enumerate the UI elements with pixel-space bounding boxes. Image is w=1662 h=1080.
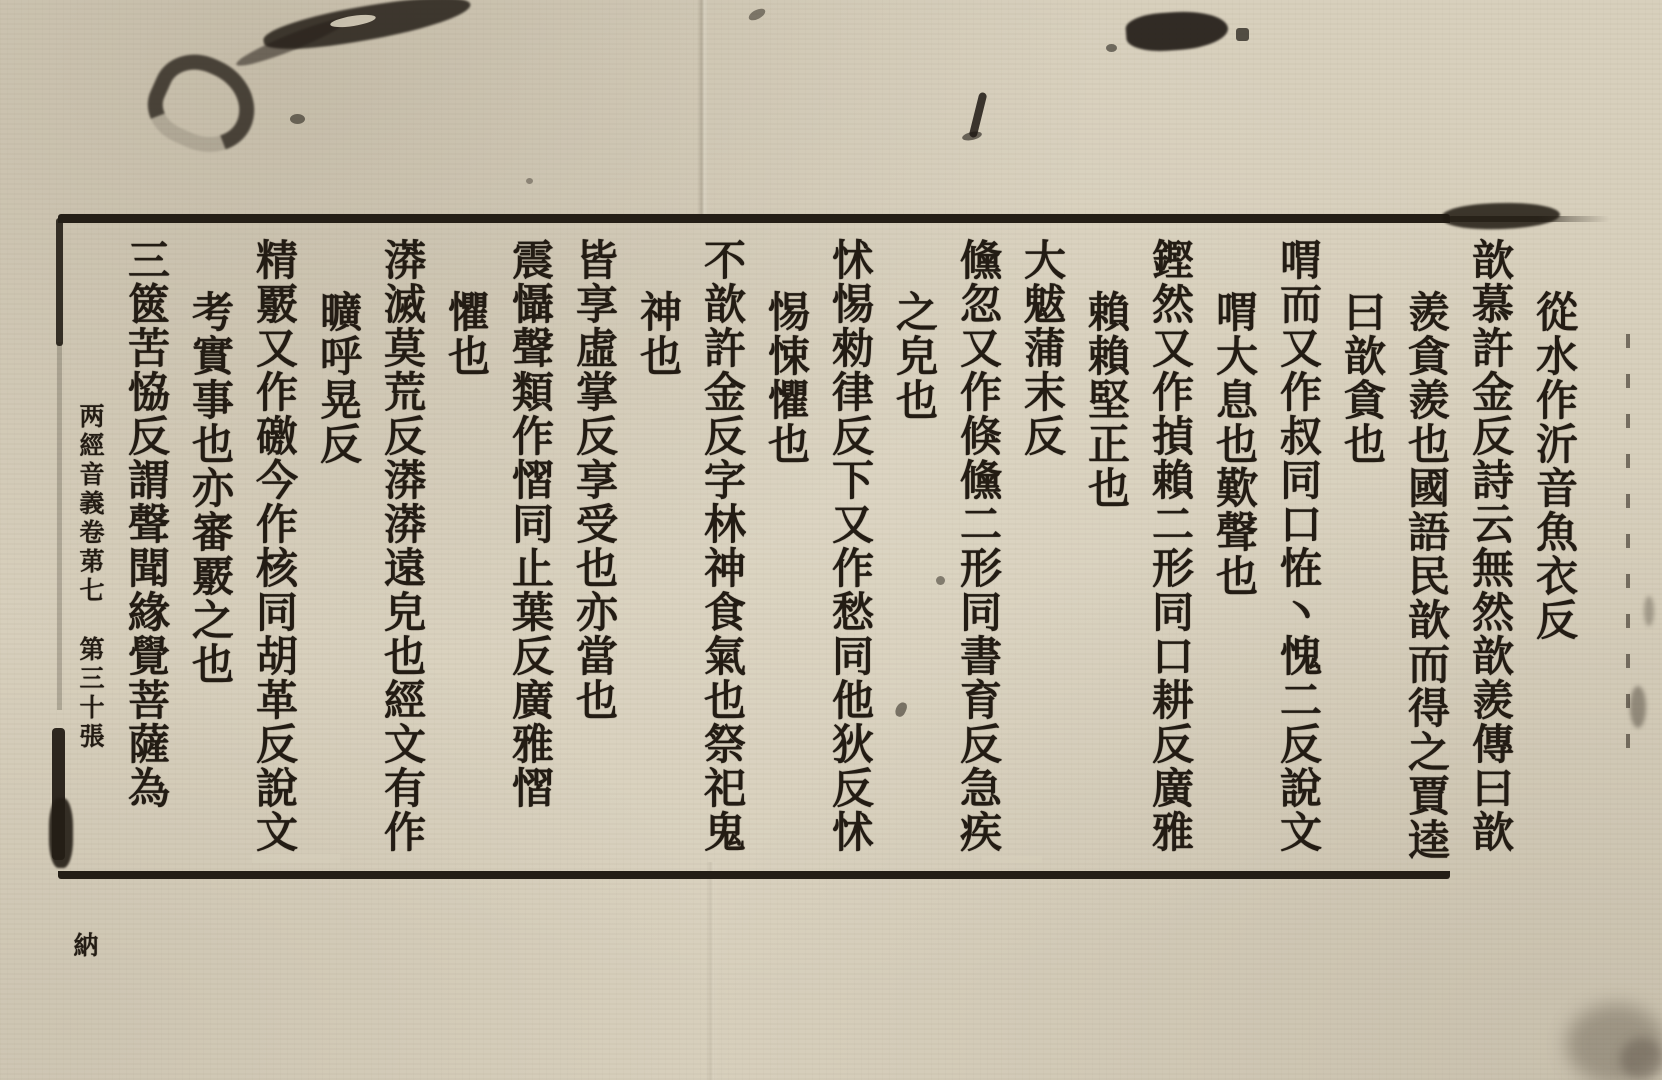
ink-dot	[290, 114, 305, 124]
sheet-number: 第三十張	[76, 636, 103, 752]
glossary-column-18: 懼也	[444, 238, 486, 961]
glossary-column-12: 怵惕勑律反下又作愁同他狄反怵	[828, 238, 870, 961]
ink-blotch-top-right	[1125, 8, 1229, 53]
ink-smudge-ring	[136, 40, 270, 167]
stray-brush-stroke-foot	[961, 130, 982, 142]
glossary-column-7: 鏗然又作揁賴二形同口耕反廣雅	[1148, 238, 1190, 961]
glossary-column-13: 惕悚懼也	[764, 238, 806, 961]
top-rule-extension	[1448, 216, 1610, 222]
stray-brush-stroke	[969, 92, 988, 139]
ink-square-mark	[1236, 28, 1249, 41]
glossary-column-16: 皆享虛掌反享受也亦當也	[572, 238, 614, 961]
glossary-column-10: 儵忽又作倏儵二形同書育反急疾	[956, 238, 998, 961]
ink-smudge-wing	[261, 0, 474, 56]
glossary-column-11: 之皃也	[892, 238, 934, 961]
left-rule-upper-segment	[56, 218, 63, 346]
corner-stain-bottom-right	[1566, 1004, 1662, 1080]
colophon-title: 两經音義卷苐七	[76, 403, 103, 606]
left-rule-faint-segment	[57, 342, 62, 710]
glossary-column-22: 考實事也亦審覈之也	[188, 238, 230, 961]
glossary-column-1: 從水作沂音魚衣反	[1532, 238, 1574, 961]
ink-speck	[526, 178, 533, 184]
glossary-column-5: 喟而又作叔同口恠丶愧二反說文	[1276, 238, 1318, 961]
corner-stain-core	[1620, 1038, 1662, 1080]
glossary-column-15: 神也	[636, 238, 678, 961]
text-block: 從水作沂音魚衣反歆慕許金反詩云無然歆羨傳曰歆羨貪羨也國語民歆而得之賈逵曰歆貪也喟…	[956, 238, 1574, 961]
glossary-column-9: 大魃蒲末反	[1020, 238, 1062, 961]
ink-smudge-gap	[330, 12, 377, 29]
manuscript-scan: { "colors": { "paper": "#d8d0bd", "ink":…	[0, 0, 1662, 1080]
glossary-column-21: 精覈又作礉今作核同胡革反說文	[252, 238, 294, 961]
right-edge-stain	[1630, 686, 1646, 728]
collation-mark: 納	[71, 767, 96, 961]
ink-smudge-wing-tail	[233, 12, 350, 72]
colophon-column: 两經音義卷苐七第三十張納	[77, 238, 102, 961]
glossary-column-3: 羨貪羨也國語民歆而得之賈逵	[1404, 238, 1446, 961]
glossary-column-17: 震懾聲類作慴同止葉反廣雅慴	[508, 238, 550, 961]
glossary-column-4: 曰歆貪也	[1340, 238, 1382, 961]
fold-crease-top	[697, 0, 709, 216]
glossary-column-14: 不歆許金反字林神食氣也祭祀鬼	[700, 238, 742, 961]
glossary-column-6: 喟大息也歎聲也	[1212, 238, 1254, 961]
glossary-column-2: 歆慕許金反詩云無然歆羨傳曰歆	[1468, 238, 1510, 961]
ink-dot	[1106, 44, 1117, 52]
glossary-column-19: 漭滅莫荒反漭漭遠皃也經文有作	[380, 238, 422, 961]
left-rule-ink-blob	[49, 798, 73, 868]
glossary-column-8: 賴賴堅正也	[1084, 238, 1126, 961]
right-edge-stitch-marks	[1626, 334, 1630, 772]
glossary-column-23: 三篋苦恊反謂聲聞緣覺菩薩為	[124, 238, 166, 961]
stray-tick-mark	[747, 6, 767, 22]
right-edge-stain	[1644, 596, 1654, 626]
glossary-column-20: 曠呼晃反	[316, 238, 358, 961]
